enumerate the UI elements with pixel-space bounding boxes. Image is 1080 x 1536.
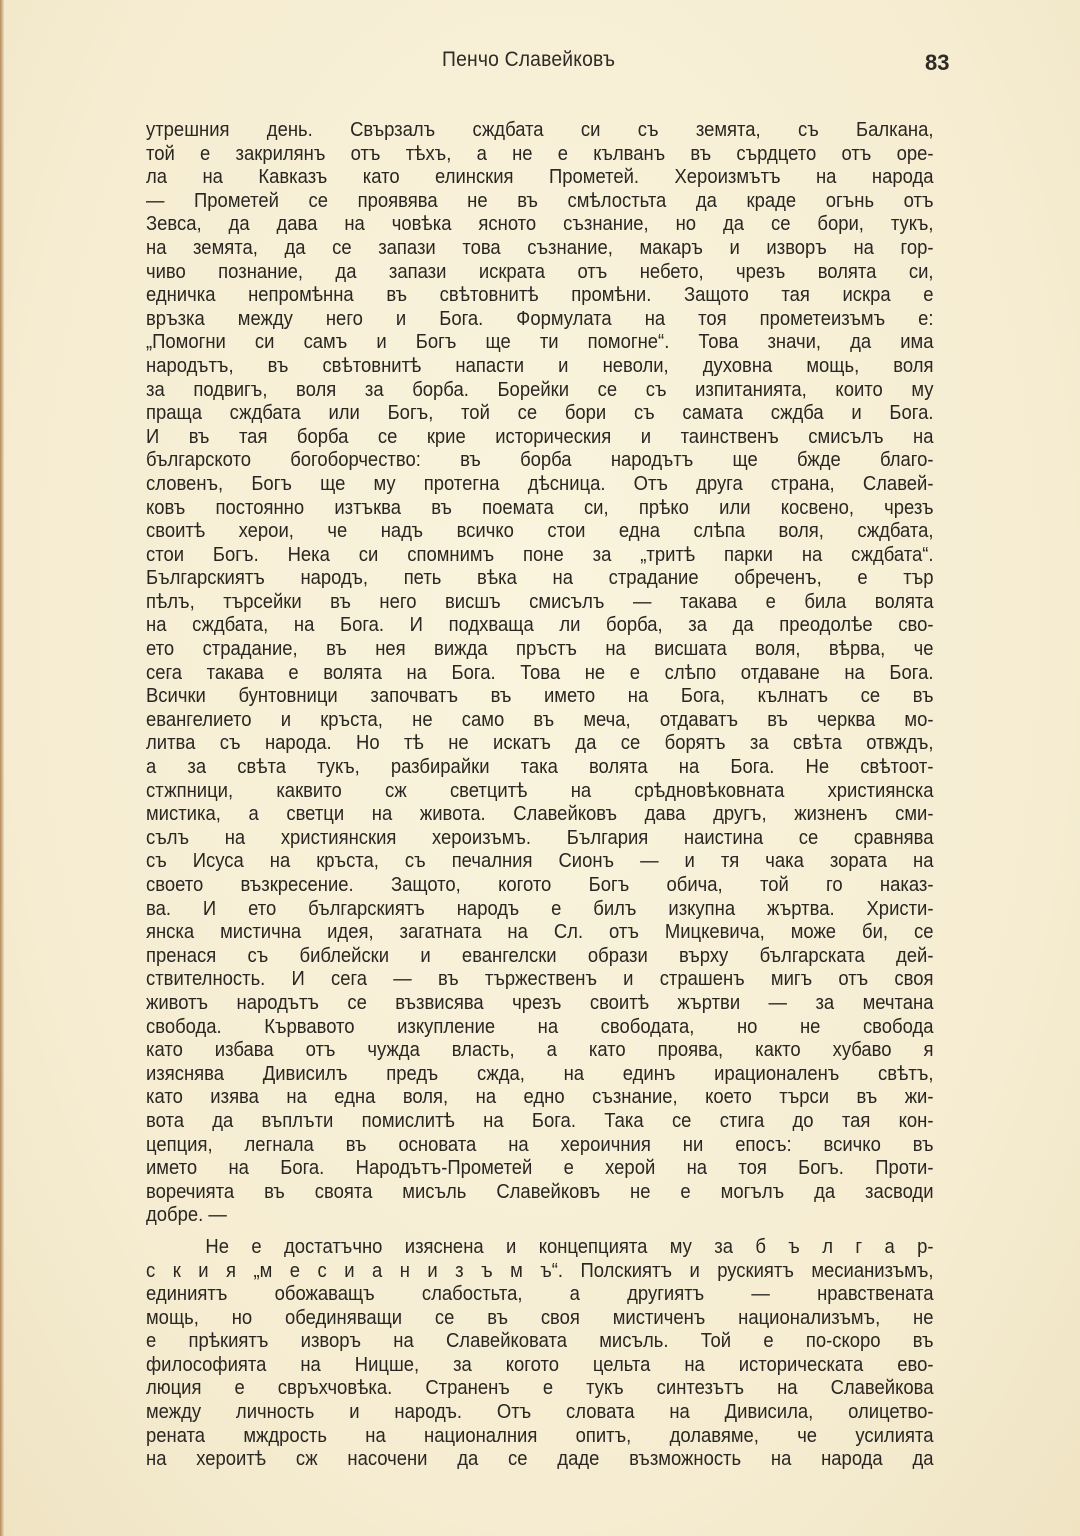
text-line: люция е свръхчовѣка. Страненъ е тукъ син… (146, 1376, 934, 1400)
text-line: името на Бога. Народътъ-Прометей е херой… (146, 1156, 934, 1180)
text-line: своитѣ херои, че надъ всичко стои една с… (146, 519, 934, 543)
text-line: българското богоборчество: въ борба наро… (146, 448, 934, 472)
text-line: вота да въплъти помислитѣ на Бога. Така … (146, 1109, 934, 1133)
text-line: ва. И ето българскиятъ народъ е билъ изк… (146, 897, 934, 921)
text-line: праща сждбата или Богъ, той се бори съ с… (146, 401, 934, 425)
text-line: съ Исуса на кръста, съ печалния Сионъ — … (146, 849, 934, 873)
text-line: — Прометей се проявява не въ смѣлостьта … (146, 189, 934, 213)
text-line: като избава отъ чужда власть, а като про… (146, 1038, 934, 1062)
text-line: рената мждрость на националния опитъ, до… (146, 1424, 934, 1448)
text-line: с к и я „м е с и а н и з ъ м ъ“. Полския… (146, 1259, 934, 1283)
text-line: ето страдание, въ нея вижда пръстъ на ви… (146, 637, 934, 661)
text-line: философията на Ницше, за когото цельта н… (146, 1353, 934, 1377)
page-header: Пенчо Славейковъ 83 (0, 44, 1080, 80)
text-line: едничка непромѣнна въ свѣтовнитѣ промѣни… (146, 283, 934, 307)
text-line: Не е достатъчно изяснена и концепцията м… (146, 1235, 934, 1259)
text-line: връзка между него и Бога. Формулата на т… (146, 307, 934, 331)
text-line: евангелието и кръста, не само въ меча, о… (146, 708, 934, 732)
paragraph-gap (146, 1227, 934, 1235)
text-line: Българскиятъ народъ, петь вѣка на страда… (146, 566, 934, 590)
page-number: 83 (925, 50, 949, 76)
text-line: той е закрилянъ отъ тѣхъ, а не е кълванъ… (146, 142, 934, 166)
text-line: стжпници, каквито сж светцитѣ на срѣднов… (146, 779, 934, 803)
text-line: за подвигъ, воля за борба. Борейки се съ… (146, 378, 934, 402)
text-line: мощь, но обединяващи се въ своя мистичен… (146, 1306, 934, 1330)
text-line: воречията въ своята мисъль Славейковъ не… (146, 1180, 934, 1204)
text-line: Всички бунтовници започватъ въ името на … (146, 684, 934, 708)
text-line: а за свѣта тукъ, разбирайки така волята … (146, 755, 934, 779)
page-edge (0, 0, 4, 1536)
text-line: животъ народътъ се възвисява чрезъ своит… (146, 991, 934, 1015)
text-line: народътъ, въ свѣтовнитѣ напасти и неволи… (146, 354, 934, 378)
text-line: стои Богъ. Нека си спомнимъ поне за „три… (146, 543, 934, 567)
text-line: своето възкресение. Защото, когото Богъ … (146, 873, 934, 897)
text-line: пѣлъ, търсейки въ него висшъ смисълъ — т… (146, 590, 934, 614)
text-line: янска мистична идея, загатната на Сл. от… (146, 920, 934, 944)
text-line: чиво познание, да запази искрата отъ неб… (146, 260, 934, 284)
text-line: литва съ народа. Но тѣ не искатъ да се б… (146, 731, 934, 755)
running-title: Пенчо Славейковъ (442, 48, 615, 72)
text-line: сълъ на християнския хероизъмъ. България… (146, 826, 934, 850)
text-line: И въ тая борба се крие историческия и та… (146, 425, 934, 449)
text-line: ла на Кавказъ като елинския Прометей. Хе… (146, 165, 934, 189)
text-line: добре. — (146, 1203, 934, 1227)
text-line: сега такава е волята на Бога. Това не е … (146, 661, 934, 685)
paragraph: утрешния день. Свързалъ сждбата си съ зе… (146, 118, 934, 1227)
text-line: на сждбата, на Бога. И подхваща ли борба… (146, 613, 934, 637)
text-line: между личность и народъ. Отъ словата на … (146, 1400, 934, 1424)
text-line: ствителность. И сега — въ тържественъ и … (146, 967, 934, 991)
text-line: е прѣкиятъ изворъ на Славейковата мисъль… (146, 1329, 934, 1353)
text-line: изяснява Дивисилъ предъ сжда, на единъ и… (146, 1062, 934, 1086)
text-line: на хероитѣ сж насочени да се даде възмож… (146, 1447, 934, 1471)
text-line: цепция, легнала въ основата на хероичния… (146, 1133, 934, 1157)
paragraph: Не е достатъчно изяснена и концепцията м… (146, 1235, 934, 1471)
text-line: „Помогни си самъ и Богъ ще ти помогне“. … (146, 330, 934, 354)
text-line: ковъ постоянно изтъква въ поемата си, пр… (146, 496, 934, 520)
text-line: като изява на една воля, на едно съзнани… (146, 1085, 934, 1109)
text-line: на земята, да се запази това съзнание, м… (146, 236, 934, 260)
text-line: свобода. Кървавото изкупление на свобода… (146, 1015, 934, 1039)
text-line: мистика, а светци на живота. Славейковъ … (146, 802, 934, 826)
text-line: Зевса, да дава на човѣка ясното съзнание… (146, 212, 934, 236)
text-line: словенъ, Богъ ще му протегна дѣсница. От… (146, 472, 934, 496)
text-line: утрешния день. Свързалъ сждбата си съ зе… (146, 118, 934, 142)
text-line: пренася съ библейски и евангелски образи… (146, 944, 934, 968)
body-text: утрешния день. Свързалъ сждбата си съ зе… (146, 118, 934, 1471)
text-line: единиятъ обожаващъ слабостьта, а другият… (146, 1282, 934, 1306)
